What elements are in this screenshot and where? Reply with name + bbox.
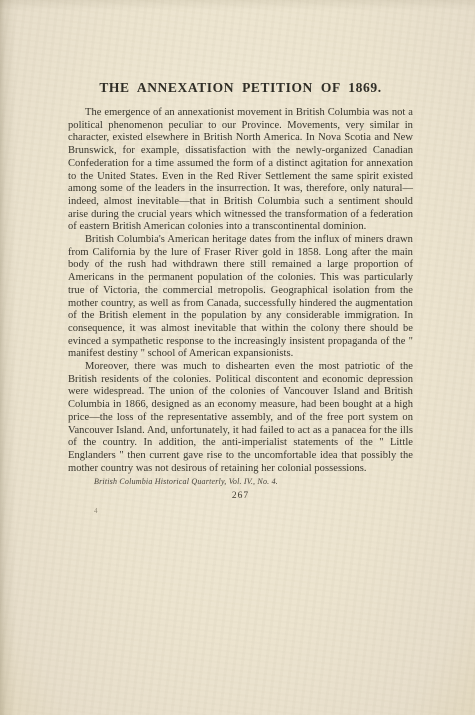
page-number: 267	[68, 491, 413, 501]
body-text: The emergence of an annexationist moveme…	[68, 107, 413, 475]
scanned-book-page: THE ANNEXATION PETITION OF 1869. The eme…	[0, 0, 475, 715]
signature-mark: 4	[94, 507, 413, 515]
text-column: THE ANNEXATION PETITION OF 1869. The eme…	[68, 80, 413, 515]
page-title: THE ANNEXATION PETITION OF 1869.	[68, 80, 413, 96]
paragraph: The emergence of an annexationist moveme…	[68, 107, 413, 234]
paragraph: British Columbia's American heritage dat…	[68, 234, 413, 361]
paragraph: Moreover, there was much to dishearten e…	[68, 361, 413, 475]
journal-footnote: British Columbia Historical Quarterly, V…	[94, 477, 413, 486]
